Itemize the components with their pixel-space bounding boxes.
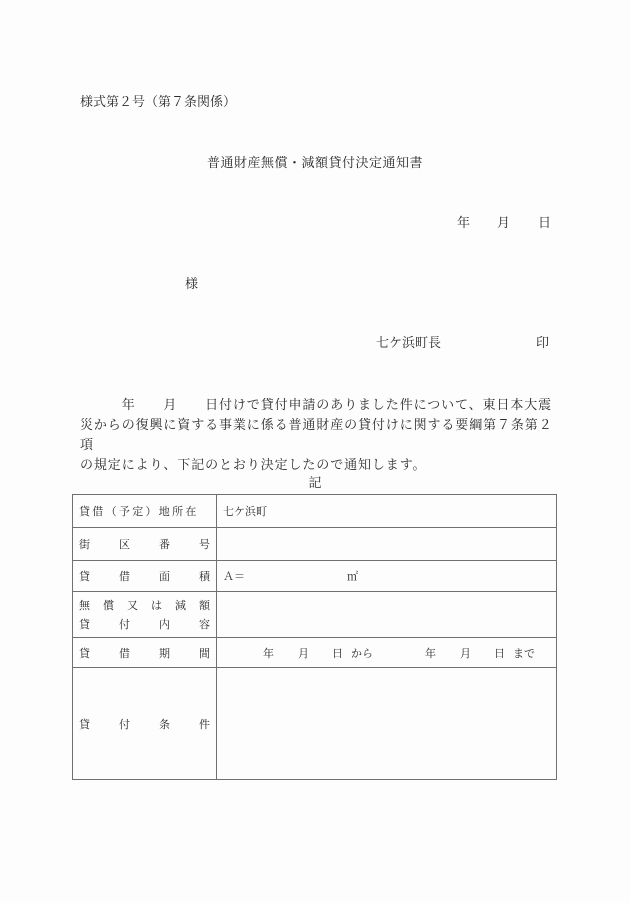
value-conditions[interactable] [217, 668, 557, 780]
table-row-conditions: 貸 付 条 件 [73, 668, 557, 780]
label-loan-content: 無 償 又 は 減 額 貸 付 内 容 [73, 592, 217, 638]
body-paragraph: 年 月 日付けで貸付申請のありました件について、東日本大震 災からの復興に資する… [80, 396, 560, 476]
label-area: 貸 借 面 積 [73, 561, 217, 592]
value-location[interactable]: 七ケ浜町 [217, 495, 557, 528]
body-line: 年 月 日付けで貸付申請のありました件について、東日本大震 [80, 396, 560, 416]
table-row-lot-number: 街 区 番 号 [73, 528, 557, 561]
ki-heading: 記 [0, 476, 630, 492]
date-month: 月 [497, 216, 510, 232]
addressee-suffix: 様 [185, 277, 198, 293]
value-loan-content[interactable] [217, 592, 557, 638]
table-row-period: 貸 借 期 間 年 月 日 から 年 月 日 まで [73, 638, 557, 668]
issuer-name: 七ケ浜町長 [376, 336, 441, 352]
value-lot-number[interactable] [217, 528, 557, 561]
label-period: 貸 借 期 間 [73, 638, 217, 668]
value-period[interactable]: 年 月 日 から 年 月 日 まで [217, 638, 557, 668]
area-prefix: Ａ＝ [223, 568, 245, 584]
form-number: 様式第２号（第７条関係） [80, 95, 236, 111]
table-row-area: 貸 借 面 積 Ａ＝ ㎡ [73, 561, 557, 592]
seal-mark: 印 [536, 336, 549, 352]
table-row-loan-content: 無 償 又 は 減 額 貸 付 内 容 [73, 592, 557, 638]
label-lot-number: 街 区 番 号 [73, 528, 217, 561]
date-day: 日 [538, 216, 551, 232]
date-year: 年 [457, 216, 470, 232]
document-title: 普通財産無償・減額貸付決定通知書 [0, 156, 630, 172]
date-line: 年月日 [457, 216, 551, 232]
details-table: 貸借（予定）地所在 七ケ浜町 街 区 番 号 貸 借 面 積 Ａ＝ [72, 494, 557, 780]
body-line: 災からの復興に資する事業に係る普通財産の貸付けに関する要綱第７条第２項 [80, 416, 560, 456]
body-line: の規定により、下記のとおり決定したので通知します。 [80, 456, 560, 476]
area-unit: ㎡ [347, 568, 358, 584]
label-location: 貸借（予定）地所在 [73, 495, 217, 528]
table-row-location: 貸借（予定）地所在 七ケ浜町 [73, 495, 557, 528]
label-conditions: 貸 付 条 件 [73, 668, 217, 780]
value-area[interactable]: Ａ＝ ㎡ [217, 561, 557, 592]
